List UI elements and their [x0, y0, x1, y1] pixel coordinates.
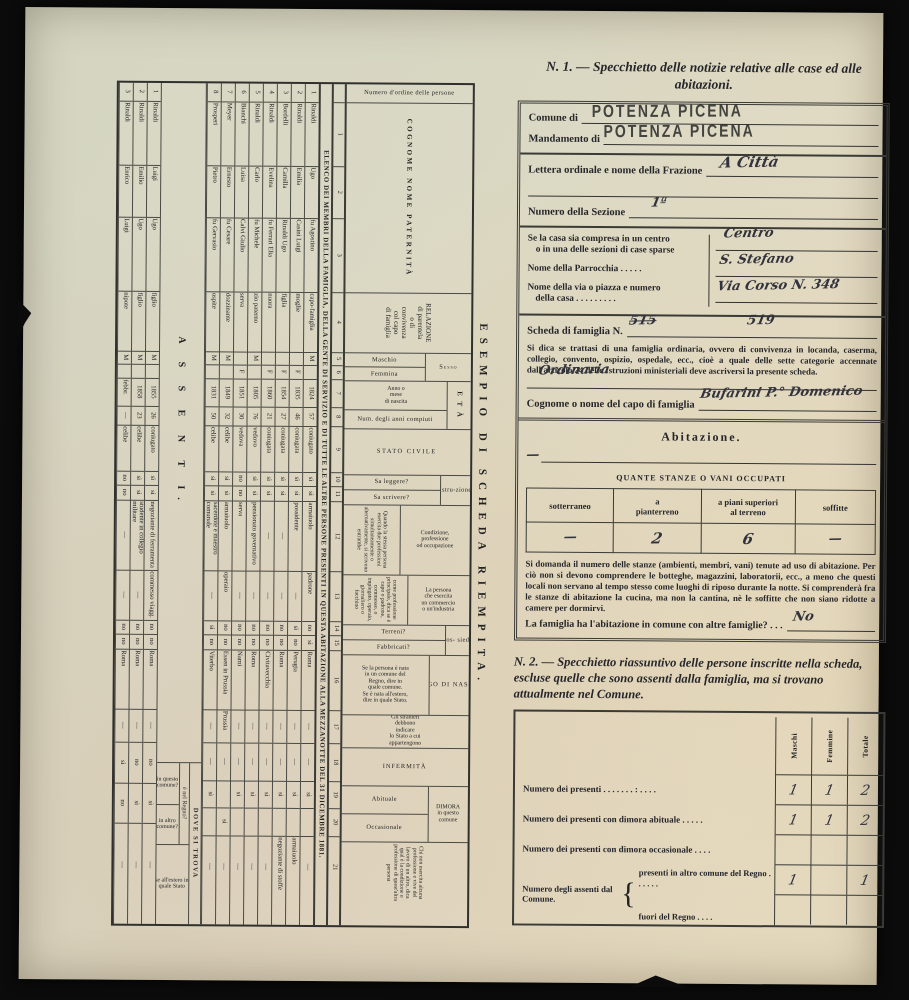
cell: no [232, 620, 245, 634]
cell: Bianchi [235, 101, 248, 165]
cell: M [220, 351, 233, 364]
cell: commesso viagg. [144, 569, 157, 619]
cell: fu Michele [248, 217, 262, 291]
blank-line[interactable] [528, 182, 878, 198]
cell: — [217, 742, 230, 780]
cell [276, 351, 289, 364]
cell: no [204, 634, 217, 649]
cell: armaiuolo [286, 835, 299, 897]
cell: Carlo [249, 165, 262, 217]
n2-assenti1-maschi: 1 [787, 872, 799, 888]
cell: nipote [118, 290, 131, 350]
cell: — [260, 570, 273, 620]
cell: coniugata [289, 425, 302, 471]
cell: M [118, 350, 131, 363]
header-abituale: Abituale [342, 786, 428, 814]
cell: no [233, 485, 246, 500]
cell [206, 364, 219, 378]
frazione-label: Lettera ordinale e nome della Frazione [528, 164, 702, 176]
cell: — [231, 742, 244, 780]
cell: 9 [331, 426, 342, 472]
header-istruzione: Istru-zione [440, 475, 470, 504]
cell: celibe [131, 424, 144, 470]
cell: 1831 [206, 378, 219, 406]
cell: sì [131, 484, 144, 499]
cell: sì [217, 807, 230, 835]
cell: coniugata [261, 425, 274, 471]
cell: M [304, 351, 317, 364]
cell: sì [204, 620, 217, 634]
n2-header-femmine: Femmine [811, 718, 847, 775]
cell: sì [287, 780, 300, 807]
cell [262, 351, 275, 364]
n2-brace: { [621, 877, 636, 911]
cell: no [274, 620, 287, 634]
cell: sì [219, 485, 232, 500]
cell [304, 364, 317, 378]
cell: 1 [148, 82, 161, 100]
stanze-paragraph: Si domanda il numero delle stanze (ambie… [525, 559, 875, 616]
header-posizione-note: come professione principale, dica se è c… [343, 575, 407, 624]
cell: — [300, 835, 313, 897]
cell: — [273, 709, 286, 742]
cell: sì [303, 471, 316, 485]
cell: celibe [205, 425, 218, 471]
cell [234, 351, 247, 364]
comune-label: Comune di [529, 112, 578, 123]
house-values: Centro S. Stefano Via Corso N. 348 [709, 235, 877, 308]
cell: F [262, 364, 275, 378]
header-anni-compiuti: Num. degli anni compiuti [344, 409, 446, 429]
cell: Roma [274, 649, 287, 709]
cell: 21 [328, 836, 339, 898]
cell: sacerdote e maestro comunale [204, 500, 217, 570]
cell: possidente [288, 500, 301, 570]
cell: studente in collegio militare [130, 499, 143, 569]
cell: Rinaldi [119, 100, 132, 164]
cell [220, 364, 233, 378]
cell: 3 [120, 82, 133, 100]
cell: 11 [331, 486, 342, 501]
cell: 1854 [276, 378, 289, 406]
cell: no [117, 484, 130, 499]
cell: sì [203, 780, 216, 807]
header-possiede: Pos- siede [445, 625, 469, 654]
cell: sì [231, 780, 244, 807]
stanze-val-superiori: 6 [741, 530, 755, 548]
cell: 10 [331, 472, 342, 486]
cell: — [117, 405, 130, 424]
header-sa-leggere: Sa leggere? [344, 475, 440, 490]
cell: 7 [332, 379, 343, 407]
n2-assenti-main-label: Numero degli assenti dal Comune. [522, 883, 618, 904]
header-nel-regno: è nel Regno? in questo comune? in altro … [157, 762, 190, 844]
cell: Roma [116, 648, 129, 708]
capo-label: Cognome o nome del capo di famiglia [527, 399, 695, 411]
stanze-val-sotterraneo: — [562, 530, 578, 545]
header-femmina: Femmina [345, 366, 425, 381]
cell [301, 807, 314, 835]
cell: Camilla [277, 165, 290, 217]
header-posizione: La persona che esercita un commercio o u… [407, 575, 469, 624]
n2-values-occasionale [775, 836, 882, 867]
cell: sì [289, 471, 302, 485]
esempio-caption: ESEMPIO DI SCHEDA RIEMPITA. [473, 55, 491, 955]
cell: Bordelli [277, 101, 290, 165]
header-condizione-note: Quando la stessa persona esercita due pr… [343, 505, 399, 574]
header-dimora: DIMORA in questo comune [428, 786, 468, 841]
cell: — [230, 835, 243, 897]
comune-question-field[interactable]: No [787, 620, 876, 633]
paper-sheet: ESEMPIO DI SCHEDA RIEMPITA. Numero d'ord… [19, 7, 884, 985]
cell: 4 [264, 83, 277, 101]
cell: F [290, 364, 303, 378]
cell [231, 807, 244, 835]
cell: Rinaldi [263, 101, 276, 165]
cell: — [274, 570, 287, 620]
n2-values-presenti: 1 1 2 [776, 776, 883, 807]
cell: — [301, 709, 314, 742]
absent-persons-rows: 1RinaldiLuigiUgofiglioM185526coniugatosì… [113, 82, 161, 923]
cell: fu Gervasio [206, 217, 220, 291]
cell: Enrico [119, 164, 132, 216]
n2-header-spacer [523, 716, 775, 776]
cell: Ugo [132, 216, 146, 290]
cell: Rinaldi [147, 100, 160, 164]
header-infermita: INFERMITÀ [342, 748, 468, 786]
cell: 30 [233, 406, 246, 425]
cell: — [115, 708, 128, 741]
cell: — [116, 499, 129, 569]
cell: — [258, 835, 271, 897]
sezione-field[interactable]: 1ª [629, 204, 878, 220]
stanze-header-row: sotterraneo a pianterreno a piani superi… [526, 489, 875, 525]
cell: — [244, 835, 257, 897]
cell: no [260, 620, 273, 634]
cell: figlio [146, 290, 159, 350]
cell [203, 807, 216, 835]
comune-question-label: La famiglia ha l'abitazione in comune co… [525, 619, 783, 632]
cell: ospite [206, 291, 219, 351]
cell: no [130, 633, 143, 648]
frazione-field[interactable]: A Città [706, 163, 878, 178]
cell: M [132, 350, 145, 363]
cell [248, 364, 261, 378]
cell: sì [219, 471, 232, 485]
capo-field[interactable]: Bufarini P.° Domenico [699, 397, 877, 412]
frazione-value: A Città [719, 152, 781, 171]
n2-column-headers: Maschi Femmine Totale [776, 718, 883, 777]
cell: no [260, 634, 273, 649]
cell: — [231, 709, 244, 742]
rotated-census-page: ESEMPIO DI SCHEDA RIEMPITA. Numero d'ord… [82, 52, 493, 955]
cell: 1824 [304, 378, 317, 406]
cell: — [116, 569, 129, 619]
cell: Casini Luigi [290, 217, 304, 291]
dove-si-trova-block: DOVE SI TROVA è nel Regno? in questo com… [156, 761, 201, 923]
cell: moglie [290, 291, 303, 351]
cell: — [130, 569, 143, 619]
abitazione-dash: — [525, 448, 541, 463]
scheda-value: 519 [745, 312, 775, 327]
header-sa-scrivere: Sa scrivere? [344, 489, 440, 505]
n2-values-fuori-regno [775, 896, 882, 926]
cell: Viterbo [204, 649, 217, 709]
present-persons-rows: 1RinaldiUgofu Agostinocapo-famigliaM1824… [201, 83, 319, 925]
cell: no [218, 620, 231, 634]
cell: — [202, 835, 215, 897]
cell: — [245, 709, 258, 742]
cell: Emilia [291, 165, 304, 217]
n2-title: N. 2. — Specchietto riassuntivo delle pe… [514, 655, 886, 704]
sezione-value: 1ª [650, 195, 668, 210]
cell: sì [205, 485, 218, 500]
census-table-header: Numero d'ordine delle persone COGNOME NO… [339, 84, 473, 926]
cell: — [128, 822, 142, 906]
cell: 16 [330, 650, 341, 710]
cell: 1 [333, 102, 344, 166]
cell: — [287, 709, 300, 742]
cell: no [116, 619, 129, 633]
n2-header-totale: Totale [847, 718, 883, 775]
n2-value-columns: Maschi Femmine Totale 1 1 2 1 1 2 [774, 718, 883, 927]
cell: sì [115, 741, 128, 782]
header-sesso: Sesso [425, 353, 471, 380]
cell: vedovo [247, 425, 260, 471]
cell: — [114, 822, 128, 906]
n2-row-presenti-label: Numero dei presenti . . . . . . . : . . … [523, 774, 775, 806]
cell: 21 [261, 406, 274, 425]
cell: sì [145, 470, 158, 484]
cell: — [288, 570, 301, 620]
cell: — [203, 742, 216, 780]
comune-question-answer: No [791, 610, 815, 625]
cell: Perugia [288, 649, 301, 709]
n2-presenti-totale: 2 [859, 783, 871, 799]
mandamento-stamp: POTENZA PICENA [604, 120, 755, 141]
cell [245, 807, 258, 835]
cell: sì [303, 485, 316, 500]
n2-presenti-maschi: 1 [787, 782, 799, 798]
cell: fu Cesare [220, 217, 234, 291]
cell: dozzinante [220, 291, 233, 351]
cell: — [260, 500, 273, 570]
cell: no [129, 741, 142, 782]
cell: sì [245, 780, 258, 807]
n2-abituale-femmine: 1 [823, 812, 835, 828]
cell: fu Ferrari Elia [262, 217, 276, 291]
cell: 2 [333, 166, 344, 218]
mandamento-field[interactable]: POTENZA PICENA [604, 131, 879, 147]
scheda-old-value: 515 [627, 313, 657, 328]
cell: armaiuolo [302, 500, 315, 570]
cell: sì [275, 485, 288, 500]
cell: no [116, 633, 129, 648]
cell: operaio [218, 570, 231, 620]
n2-presenti-femmine: 1 [823, 782, 835, 798]
cell: sì [275, 471, 288, 485]
header-luogo-nascita: LUOGO DI NASCITA [428, 655, 468, 714]
cell: Luisa [235, 165, 248, 217]
cell: fu Agostino [304, 217, 318, 291]
header-relazione: RELAZIONE di parentela o di convivenza c… [345, 293, 471, 353]
cell: Ugo [146, 216, 160, 290]
cell: 6 [332, 365, 343, 379]
cell: 27 [275, 406, 288, 425]
comune-stamp: POTENZA PICENA [592, 100, 743, 121]
cell: no [288, 634, 301, 649]
n2-box: Numero dei presenti . . . . . . . : . . … [512, 710, 885, 929]
cell: 14 [330, 621, 341, 635]
centro-label-2: o in una delle sezioni di case sparse [528, 244, 705, 256]
cell: no [144, 633, 157, 648]
quante-stanze-title: QUANTE STANZE O VANI OCCUPATI [526, 473, 876, 484]
cell: 12 [330, 501, 341, 571]
paper-tear-bottom [629, 975, 689, 987]
header-stato-civile: STATO CIVILE [344, 429, 470, 475]
cell: F [276, 364, 289, 378]
cell: pensionato governativo [246, 500, 259, 570]
stanze-col-soffitte: soffitte [795, 490, 876, 525]
cell: 32 [219, 406, 232, 425]
cell: Roma [246, 649, 259, 709]
cell: 2 [134, 82, 147, 100]
cell: 18 [329, 743, 340, 781]
cell: 1858 [132, 377, 145, 405]
house-labels: Se la casa sia compresa in un centro o i… [527, 233, 709, 306]
cell: Rinaldi [305, 101, 318, 165]
n2-abituale-maschi: 1 [787, 812, 799, 828]
cell: Rinaldi [133, 100, 146, 164]
cell [259, 807, 272, 835]
header-stranieri: Gli stranieri debbono indicare lo Stato … [342, 715, 468, 748]
cell: 5 [250, 83, 263, 101]
scheda-label: Scheda di famiglia N. [527, 325, 623, 337]
cell: 17 [329, 710, 340, 743]
via-value: Via Corso N. 348 [716, 277, 841, 294]
n2-row-abituale-label: Numero dei presenti con dimora abituale … [523, 804, 775, 836]
cell: sì [129, 782, 142, 822]
cell: no [218, 634, 231, 649]
parrocchia-label: Nome della Parrocchia . . . . . [528, 264, 705, 276]
mandamento-label: Mandamento di [528, 133, 600, 144]
header-in-questo-comune: in questo comune? [157, 762, 179, 803]
header-col21-note: Chi non esercita alcuna professione e vi… [341, 842, 467, 904]
cell: — [232, 570, 245, 620]
cell: sì [205, 471, 218, 485]
n2-row-assenti-label: Numero degli assenti dal Comune. { prese… [522, 864, 774, 926]
cell: no [246, 634, 259, 649]
cell: M [248, 351, 261, 364]
via-field[interactable]: Via Corso N. 348 [715, 289, 877, 304]
cell: sì [247, 485, 260, 500]
cell: 3 [278, 83, 291, 101]
cell: — [259, 709, 272, 742]
header-luogo-note: Se la persona è nata in un comune del Re… [342, 655, 428, 715]
cell: — [203, 709, 216, 742]
abitazione-dash-line[interactable] [541, 449, 876, 465]
header-cognome-nome-paternita: COGNOME NOME PATERNITÀ [345, 103, 472, 293]
cell [132, 363, 145, 377]
cell: no [246, 620, 259, 634]
cell: vedova [233, 425, 246, 471]
cell: — [259, 742, 272, 780]
cell: coniugato [303, 425, 316, 471]
cell: Pietro [207, 165, 220, 217]
cell: — [245, 742, 258, 780]
header-terreni: Terreni? [343, 625, 445, 640]
cell [273, 807, 286, 835]
cell: — [273, 742, 286, 780]
cell: Rinaldi [291, 101, 304, 165]
cell: negoziante di ferramenta [144, 499, 157, 569]
cell: — [216, 835, 229, 897]
cell: Civitavecchia [260, 649, 273, 709]
cell: 1849 [220, 378, 233, 406]
cell: Rinaldi Ugo [276, 217, 290, 291]
stanze-col-superiori: a piani superiori al terreno [701, 490, 795, 525]
cell: 15 [330, 635, 341, 650]
scheda-field[interactable]: 515 519 [627, 323, 877, 339]
cell: no [117, 470, 130, 484]
stanze-col-sotterraneo: sotterraneo [526, 489, 613, 524]
cell [217, 780, 230, 807]
cell: sì [261, 471, 274, 485]
cell: negoziante di stoffe [272, 835, 285, 897]
cell: 13 [330, 571, 341, 621]
cell: 26 [145, 405, 158, 424]
parrocchia-value: S. Stefano [718, 251, 795, 267]
cell: 19 [329, 781, 340, 808]
cell: coniugato [145, 424, 158, 470]
cell: sì [289, 485, 302, 500]
n2-row-occasionale-label: Numero dei presenti con dimora occasiona… [522, 834, 774, 866]
header-fabbricati: Fabbricati? [343, 639, 445, 655]
cell: — [143, 708, 156, 741]
header-num-ordine: Numero d'ordine delle persone [347, 84, 473, 103]
cell: 7 [222, 83, 235, 101]
cell: 8 [208, 83, 221, 101]
cell: serva [234, 291, 247, 351]
cell: Prussia [217, 709, 230, 742]
cell [290, 351, 303, 364]
header-maschio: Maschio [345, 353, 425, 367]
cell: Luigi [147, 164, 160, 216]
cell: 4 [332, 292, 343, 352]
cell: — [246, 570, 259, 620]
cell: sì [273, 780, 286, 807]
cell: 1835 [290, 378, 303, 406]
cell: 46 [289, 406, 302, 425]
cell: 8 [331, 407, 342, 426]
cell: Ernesto [221, 165, 234, 217]
cell: sì [261, 485, 274, 500]
header-condizione: Condizione, professione od occupazione [399, 505, 469, 574]
cell: 2 [292, 83, 305, 101]
cell: no [144, 619, 157, 633]
cell: serva [232, 500, 245, 570]
parrocchia-field[interactable]: S. Stefano [716, 263, 878, 278]
abitazione-title: Abitazione. [526, 429, 876, 446]
cell: 23 [131, 405, 144, 424]
cell: no [274, 634, 287, 649]
centro-field[interactable]: Centro [716, 237, 878, 252]
n2-assenti1-totale: 1 [859, 873, 871, 889]
cell: sì [301, 780, 314, 807]
sezione-label: Numero della Sezione [528, 206, 625, 218]
cell: Roma [144, 648, 157, 708]
stanze-col-pianterreno: a pianterreno [614, 489, 701, 524]
